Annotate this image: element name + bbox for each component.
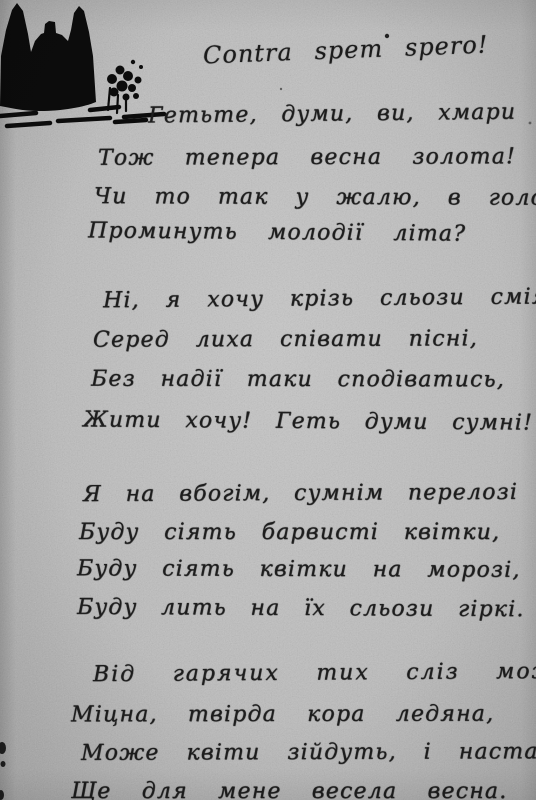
poem-line: Гетьте, думи, ви, хмари осінні! [148,98,536,128]
poem-line: Буду сіять квітки на морозі, [77,556,521,583]
poem-line: Від гарячих тих сліз може устане [93,658,536,687]
poem-line: Я на вбогім, сумнім перелозі [83,480,518,507]
poem-line: Тож тепера весна золота! [98,144,516,170]
poem-line: Ще для мене весела весна. [71,779,507,800]
poem-line: Без надії таки сподіватись, [91,367,505,393]
poem-line: Проминуть молодії літа? [88,218,466,246]
manuscript-page: Contra spem spero! Гетьте, думи, ви, хма… [0,0,536,800]
poem-line: Буду лить на їх сльози гіркі. [77,595,525,622]
poem-line: Буду сіять барвисті квітки, [79,520,500,545]
poem-line: Серед лиха співати пісні, [93,326,478,352]
poem-line: Чи то так у жалю, в голосінні [94,184,536,211]
poem-line: Ні, я хочу крізь сльози сміятись, [103,284,536,314]
poem-line: Може квіти зійдуть, і настане [81,739,536,766]
poem-line: Жити хочу! Геть думи сумні! [83,407,533,435]
poem-line: Міцна, твірда кора ледяна, [71,702,494,728]
